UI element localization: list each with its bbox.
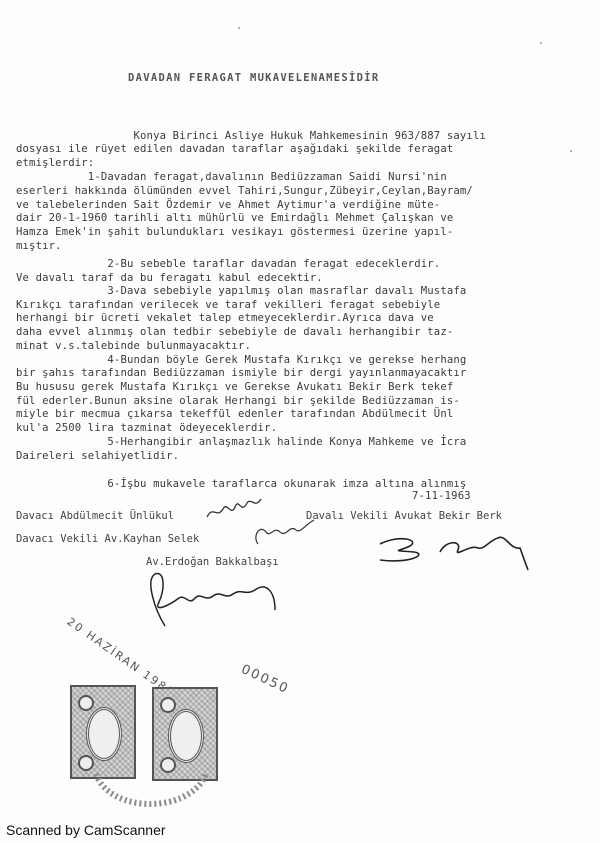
scan-speck [570,150,572,152]
document-line: herhangi bir ücreti vekalet talep etmeye… [16,312,434,324]
camscanner-watermark: Scanned by CamScanner [6,822,166,838]
document-line: 6-İşbu mukavele taraflarca okunarak imza… [16,478,466,490]
document-line: 4-Bundan böyle Gerek Mustafa Kırıkçı ve … [16,354,466,366]
signatory-plaintiff: Davacı Abdülmecit Ünlükul [16,510,174,522]
document-line: eserleri hakkında ölümünden evvel Tahiri… [16,185,473,197]
document-line: Hamza Emek'in şahit bulundukları vesikay… [16,226,453,238]
document-line: Ve davalı taraf da bu feragatı kabul ede… [16,272,323,284]
revenue-stamp [70,685,136,779]
signature-defendant-attorney [370,530,530,570]
signatory-plaintiff-attorney: Davacı Vekili Av.Kayhan Selek [16,533,199,545]
document-line: Konya Birinci Asliye Hukuk Mahkemesinin … [16,130,486,142]
document-line: fül ederler.Bunun aksine olarak Herhangi… [16,395,460,407]
document-date: 7-11-1963 [412,490,471,502]
signature-plaintiff-attorney [250,518,320,548]
seal-impression [90,770,210,820]
document-line: bir şahıs tarafından Bediüzzaman ismiyle… [16,367,466,379]
scan-speck [540,42,542,44]
document-line: minat v.s.talebinde bulunmayacaktır. [16,340,251,352]
received-stamp-number: 00050 [239,662,292,697]
document-line: 3-Dava sebebiyle yapılmış olan masraflar… [16,285,466,297]
signatory-second-attorney: Av.Erdoğan Bakkalbaşı [146,556,279,568]
document-line: etmişlerdir: [16,157,94,169]
signature-second-attorney [135,570,285,630]
document-line: 2-Bu sebeble taraflar davadan feragat ed… [16,258,440,270]
document-line: miyle bir mecmua çıkarsa tekeffül edenle… [16,408,453,420]
document-line: kul'a 2500 lira tazminat ödeyeceklerdir. [16,422,277,434]
document-line: Daireleri selahiyetlidir. [16,450,179,462]
document-line: mıştır. [16,240,62,252]
revenue-stamp [152,687,218,781]
document-line: dair 20-1-1960 tarihli altı mühürlü ve E… [16,212,453,224]
document-title: DAVADAN FERAGAT MUKAVELENAMESİDİR [128,72,380,84]
document-line: Bu hususu gerek Mustafa Kırıkçı ve Gerek… [16,381,453,393]
signatory-defendant-attorney: Davalı Vekili Avukat Bekir Berk [306,510,502,522]
document-line: dosyası ile rüyet edilen davadan tarafla… [16,143,453,155]
document-line: Kırıkçı tarafından verilecek ve taraf ve… [16,299,440,311]
document-line: 5-Herhangibir anlaşmazlık halinde Konya … [16,436,466,448]
document-line: 1-Davadan feragat,davalının Bediüzzaman … [16,171,447,183]
document-line: daha evvel alınmış olan tedbir sebebiyle… [16,326,453,338]
document-line: ve talebelerinden Sait Özdemir ve Ahmet … [16,199,440,211]
scan-speck [238,27,240,29]
